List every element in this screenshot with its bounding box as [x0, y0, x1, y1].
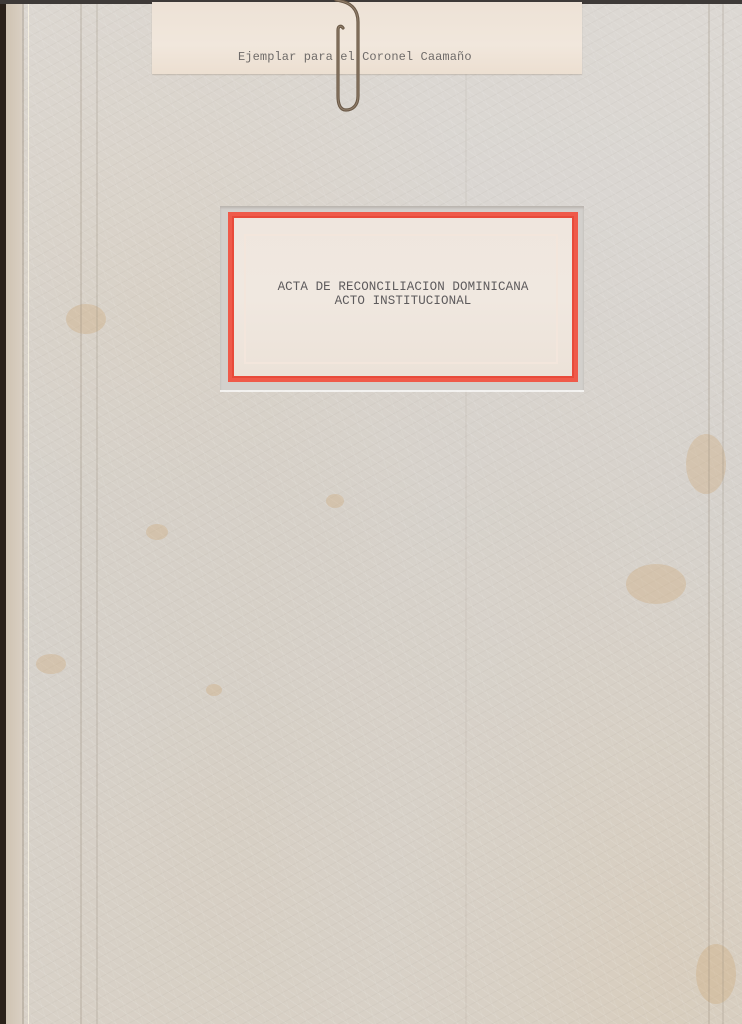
spine-band: [6, 0, 22, 1024]
document-title-line-2: ACTO INSTITUCIONAL: [234, 294, 572, 308]
document-title-line-1: ACTA DE RECONCILIACION DOMINICANA: [234, 280, 572, 294]
folder-cover: [6, 4, 742, 1024]
paperclip-icon: [330, 0, 370, 112]
document-title: ACTA DE RECONCILIACION DOMINICANA ACTO I…: [234, 280, 572, 308]
title-label: ACTA DE RECONCILIACION DOMINICANA ACTO I…: [228, 212, 578, 382]
title-label-paper: ACTA DE RECONCILIACION DOMINICANA ACTO I…: [232, 216, 574, 378]
